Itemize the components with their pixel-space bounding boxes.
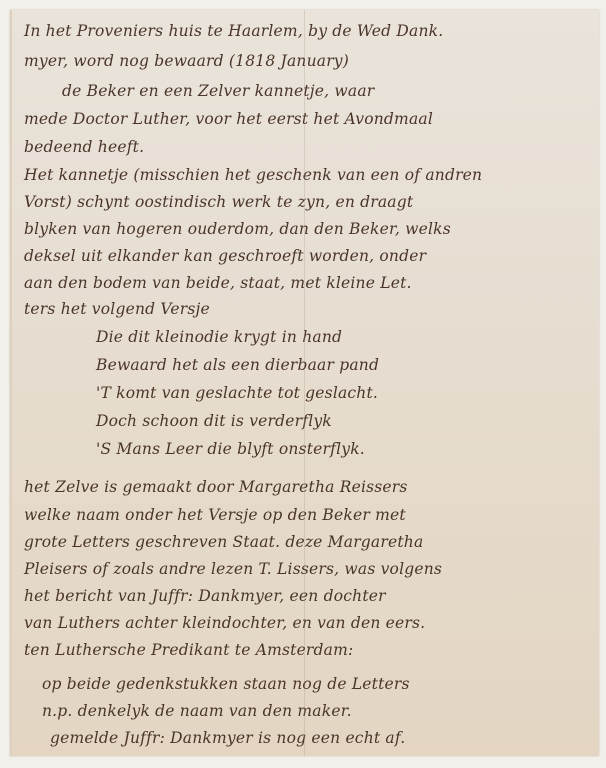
handwritten-text: In het Proveniers huis te Haarlem, by de… [12,10,599,756]
manuscript-line: mede Doctor Luther, voor het eerst het A… [24,110,433,128]
manuscript-line: Doch schoon dit is verderflyk [96,412,332,430]
manuscript-line: Die dit kleinodie krygt in hand [96,328,342,346]
manuscript-page: In het Proveniers huis te Haarlem, by de… [10,10,599,756]
manuscript-line: 'S Mans Leer die blyft onsterflyk. [96,440,365,458]
manuscript-line: van Luthers achter kleindochter, en van … [24,614,425,632]
manuscript-line: aan den bodem van beide, staat, met klei… [24,274,412,292]
manuscript-line: welke naam onder het Versje op den Beker… [24,506,406,524]
manuscript-line: n.p. denkelyk de naam van den maker. [42,702,352,720]
manuscript-line: op beide gedenkstukken staan nog de Lett… [42,675,410,693]
manuscript-line: Bewaard het als een dierbaar pand [96,356,379,374]
manuscript-line: gemelde Juffr: Dankmyer is nog een echt … [50,729,405,747]
manuscript-line: Pleisers of zoals andre lezen T. Lissers… [24,560,442,578]
manuscript-line: bedeend heeft. [24,138,144,156]
manuscript-line: blyken van hogeren ouderdom, dan den Bek… [24,220,451,238]
manuscript-line: myer, word nog bewaard (1818 January) [24,52,349,70]
manuscript-line: Vorst) schynt oostindisch werk te zyn, e… [24,193,413,211]
manuscript-line: grote Letters geschreven Staat. deze Mar… [24,533,423,551]
manuscript-line: ters het volgend Versje [24,300,210,318]
manuscript-line: Het kannetje (misschien het geschenk van… [24,166,482,184]
manuscript-line: de Beker en een Zelver kannetje, waar [62,82,374,100]
manuscript-line: In het Proveniers huis te Haarlem, by de… [24,22,443,40]
manuscript-line: 'T komt van geslachte tot geslacht. [96,384,378,402]
manuscript-line: deksel uit elkander kan geschroeft worde… [24,247,426,265]
manuscript-line: het Zelve is gemaakt door Margaretha Rei… [24,478,408,496]
manuscript-line: het bericht van Juffr: Dankmyer, een doc… [24,587,386,605]
manuscript-line: ten Luthersche Predikant te Amsterdam: [24,641,353,659]
